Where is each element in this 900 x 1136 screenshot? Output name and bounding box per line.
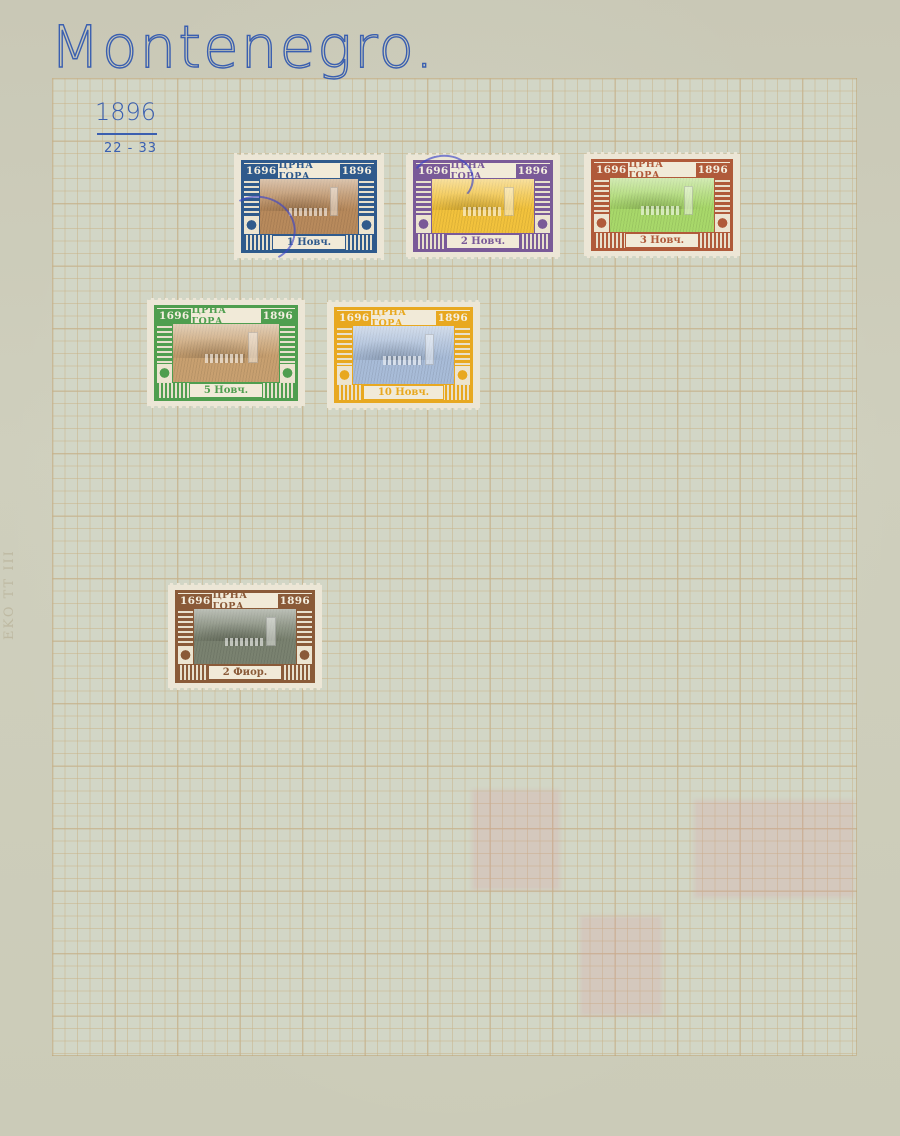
offset-mark	[694, 800, 854, 898]
coat-of-arms-icon	[416, 215, 431, 233]
stamp-design: 1696 ЦРНА ГОРА 1896 10 Новч.	[334, 307, 473, 403]
stamp-design: 1696 ЦРНА ГОРА 1896 2 Новч.	[413, 160, 553, 252]
stamp-denomination: 2 Фиор.	[208, 665, 283, 680]
coat-of-arms-icon	[535, 215, 550, 233]
stamp-design: 1696 ЦРНА ГОРА 1896 5 Новч.	[154, 305, 298, 401]
stamp-footer: 3 Новч.	[594, 233, 730, 248]
stamp-design: 1696 ЦРНА ГОРА 1896 3 Новч.	[591, 159, 733, 251]
stamp-year-left: 1696	[244, 164, 278, 178]
stamp-10-novch[interactable]: 1696 ЦРНА ГОРА 1896 10 Новч.	[327, 300, 480, 410]
stamp-year-left: 1696	[337, 311, 371, 325]
monastery-vignette	[432, 179, 534, 233]
stamp-footer: 10 Новч.	[337, 385, 470, 400]
coat-of-arms-icon	[297, 646, 312, 664]
stamp-denomination: 1 Новч.	[272, 235, 346, 250]
stamp-footer: 2 Фиор.	[178, 665, 312, 680]
stamp-year-right: 1896	[436, 311, 470, 325]
coat-of-arms-icon	[280, 364, 295, 382]
stamp-2-novch[interactable]: 1696 ЦРНА ГОРА 1896 2 Новч.	[406, 153, 560, 259]
stamp-header: 1696 ЦРНА ГОРА 1896	[337, 310, 470, 325]
coat-of-arms-icon	[594, 214, 609, 232]
stamp-year-left: 1696	[157, 309, 191, 323]
catalog-range: 22 - 33	[104, 141, 157, 156]
stamp-year-right: 1896	[340, 164, 374, 178]
stamp-year-left: 1696	[594, 163, 628, 177]
stamp-5-novch[interactable]: 1696 ЦРНА ГОРА 1896 5 Новч.	[147, 298, 305, 408]
coat-of-arms-icon	[244, 216, 259, 234]
stamp-year-right: 1896	[696, 163, 730, 177]
coat-of-arms-icon	[455, 366, 470, 384]
page-title: Montenegro.	[50, 18, 435, 76]
stamp-year-left: 1696	[416, 164, 450, 178]
stamp-header: 1696 ЦРНА ГОРА 1896	[416, 163, 550, 178]
stamp-year-right: 1896	[278, 594, 312, 608]
stamp-year-right: 1896	[516, 164, 550, 178]
monastery-vignette	[260, 179, 358, 234]
bell-tower	[330, 187, 339, 217]
stamp-footer: 5 Новч.	[157, 383, 295, 398]
coat-of-arms-icon	[157, 364, 172, 382]
monastery-vignette	[194, 609, 296, 664]
stamp-2-fior[interactable]: 1696 ЦРНА ГОРА 1896 2 Фиор.	[168, 583, 322, 690]
bell-tower	[425, 334, 434, 365]
year-underline	[97, 133, 157, 135]
coat-of-arms-icon	[359, 216, 374, 234]
issue-year: 1896	[95, 98, 156, 126]
bell-tower	[504, 187, 513, 216]
monastery-vignette	[353, 326, 454, 384]
stamp-3-novch[interactable]: 1696 ЦРНА ГОРА 1896 3 Новч.	[584, 152, 740, 258]
bell-tower	[248, 332, 257, 363]
stamp-header: 1696 ЦРНА ГОРА 1896	[157, 308, 295, 323]
coat-of-arms-icon	[715, 214, 730, 232]
stamp-1-novch[interactable]: 1696 ЦРНА ГОРА 1896 1 Новч.	[234, 153, 384, 260]
stamp-year-right: 1896	[261, 309, 295, 323]
page-side-imprint: EKO TT III	[2, 530, 22, 640]
bell-tower	[266, 617, 275, 647]
stamp-design: 1696 ЦРНА ГОРА 1896 1 Новч.	[241, 160, 377, 253]
stamp-footer: 1 Новч.	[244, 235, 374, 250]
stamp-denomination: 2 Новч.	[446, 234, 520, 249]
stamp-header: 1696 ЦРНА ГОРА 1896	[178, 593, 312, 608]
monastery-vignette	[173, 324, 279, 382]
stamp-footer: 2 Новч.	[416, 234, 550, 249]
stamp-design: 1696 ЦРНА ГОРА 1896 2 Фиор.	[175, 590, 315, 683]
stamp-denomination: 10 Новч.	[363, 385, 444, 400]
coat-of-arms-icon	[178, 646, 193, 664]
stamp-denomination: 3 Новч.	[625, 233, 699, 248]
stamp-header: 1696 ЦРНА ГОРА 1896	[244, 163, 374, 178]
monastery-vignette	[610, 178, 714, 232]
bell-tower	[684, 186, 693, 215]
coat-of-arms-icon	[337, 366, 352, 384]
stamp-denomination: 5 Новч.	[189, 383, 263, 398]
stamp-header: 1696 ЦРНА ГОРА 1896	[594, 162, 730, 177]
offset-mark	[472, 790, 560, 890]
offset-mark	[580, 916, 662, 1016]
stamp-year-left: 1696	[178, 594, 212, 608]
